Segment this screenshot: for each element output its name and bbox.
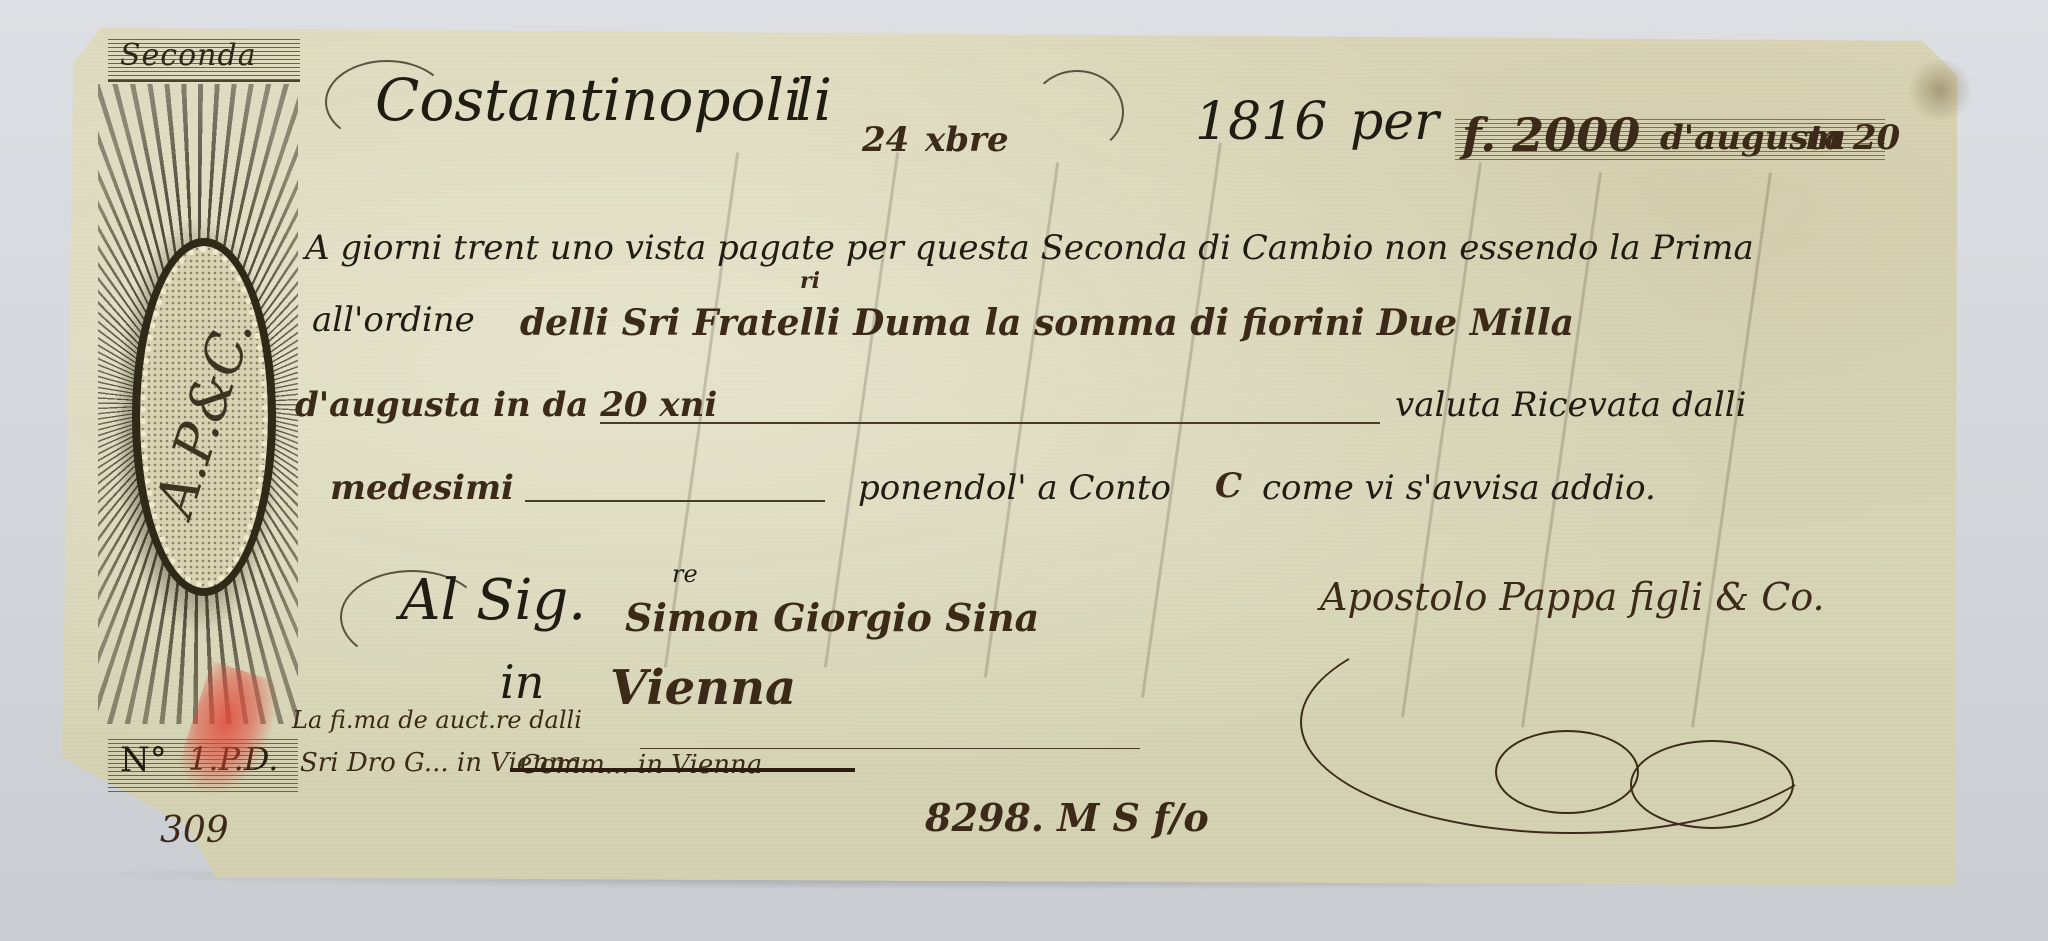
seconda-label: Seconda (120, 38, 257, 73)
date-day: 24 (862, 120, 909, 160)
corner-stain (1905, 60, 1975, 120)
currency-suffix: m 20 (1805, 118, 1900, 158)
signature-flourish (1630, 740, 1794, 829)
conto-mark: C (1215, 466, 1242, 506)
come-vi-savvisa: come vi s'avvisa addio. (1262, 468, 1656, 508)
year: 1816 (1195, 92, 1327, 152)
ledger-note: 8298. M S f/o (925, 795, 1209, 840)
addressee-in-label: in (500, 655, 544, 709)
folio-number: 309 (160, 810, 229, 851)
flourish-ornament (1030, 70, 1124, 154)
signature-flourish (1495, 730, 1639, 814)
fill-line (600, 422, 1380, 424)
endorsement-line-1: La fi.ma de auct.re dalli (292, 706, 582, 734)
oval-medallion: A.P.&C. (140, 246, 268, 588)
monogram: A.P.&C. (143, 311, 266, 524)
valuta-ricevata: valuta Ricevata dalli (1395, 385, 1747, 425)
place-of-issue: Costantinopoli (375, 66, 803, 134)
addressee-prefix: Al Sig. (400, 568, 586, 633)
strike-through (510, 768, 855, 772)
currency-line: d'augusta in da 20 xni (295, 385, 717, 425)
date-month: xbre (925, 120, 1009, 160)
scan-stage: Seconda A.P.&C. N° 1.P.D. Costantinopoli… (0, 0, 2048, 941)
fill-line (525, 500, 825, 502)
ponendol-a-conto: ponendol' a Conto (858, 468, 1171, 508)
number-label: N° (120, 740, 167, 780)
addressee-superscript: re (672, 560, 698, 588)
li-label: li (795, 66, 832, 134)
body-line-1: A giorni trent uno vista pagate per ques… (305, 228, 1754, 268)
seconda-banner: Seconda (108, 36, 300, 82)
superscript-ri: ri (800, 268, 820, 294)
addressee-name: Simon Giorgio Sina (625, 595, 1039, 640)
endorsement-struck-text: Comm... in Vienna (520, 750, 762, 780)
amount-value: f. 2000 (1462, 108, 1640, 162)
payee-and-sum: delli Sri Fratelli Duma la somma di fior… (520, 302, 1574, 344)
addressee-city: Vienna (610, 660, 796, 716)
per-label: per (1350, 92, 1439, 152)
fill-line (640, 748, 1140, 749)
medesimi: medesimi (330, 468, 514, 508)
all-ordine-label: all'ordine (312, 300, 475, 340)
